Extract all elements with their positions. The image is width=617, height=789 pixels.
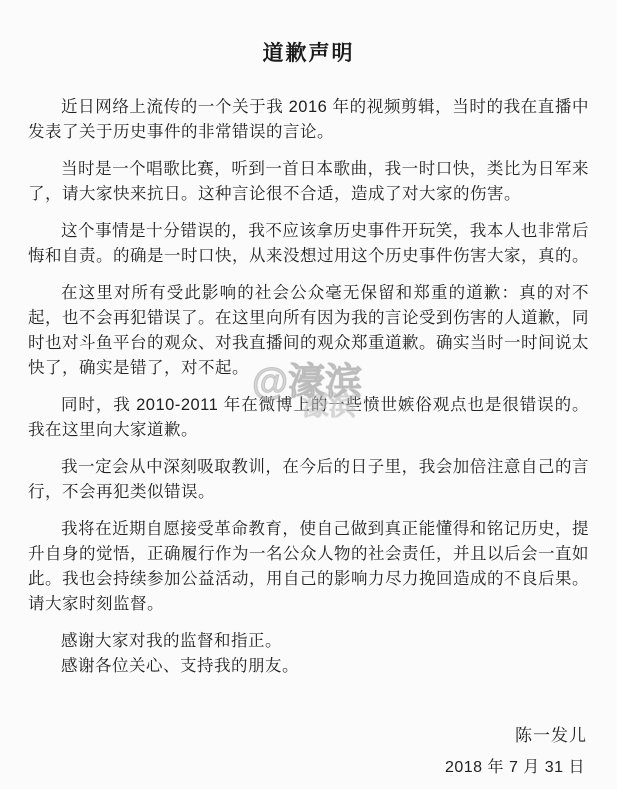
paragraph-1: 近日网络上流传的一个关于我 2016 年的视频剪辑，当时的我在直播中发表了关于历…	[28, 95, 589, 145]
paragraph-3: 这个事情是十分错误的，我不应该拿历史事件开玩笑，我本人也非常后悔和自责。的确是一…	[28, 219, 589, 269]
document-body: 近日网络上流传的一个关于我 2016 年的视频剪辑，当时的我在直播中发表了关于历…	[28, 95, 589, 679]
paragraph-4: 在这里对所有受此影响的社会公众毫无保留和郑重的道歉：真的对不起，也不会再犯错误了…	[28, 281, 589, 381]
paragraph-2: 当时是一个唱歌比赛，听到一首日本歌曲，我一时口快，类比为日军来了，请大家快来抗日…	[28, 157, 589, 207]
signature: 陈一发儿	[0, 723, 587, 748]
thanks-line-1: 感谢大家对我的监督和指正。	[28, 629, 589, 654]
paragraph-5: 同时，我 2010-2011 年在微博上的一些愤世嫉俗观点也是很错误的。我在这里…	[28, 393, 589, 443]
paragraph-7: 我将在近期自愿接受革命教育，使自己做到真正能懂得和铭记历史，提升自身的觉悟，正确…	[28, 517, 589, 617]
page-title: 道歉声明	[0, 0, 617, 66]
date: 2018 年 7 月 31 日	[0, 755, 585, 780]
apology-statement-document: 道歉声明 近日网络上流传的一个关于我 2016 年的视频剪辑，当时的我在直播中发…	[0, 0, 617, 789]
paragraph-6: 我一定会从中深刻吸取教训，在今后的日子里，我会加倍注意自己的言行，不会再犯类似错…	[28, 455, 589, 505]
thanks-line-2: 感谢各位关心、支持我的朋友。	[28, 654, 589, 679]
